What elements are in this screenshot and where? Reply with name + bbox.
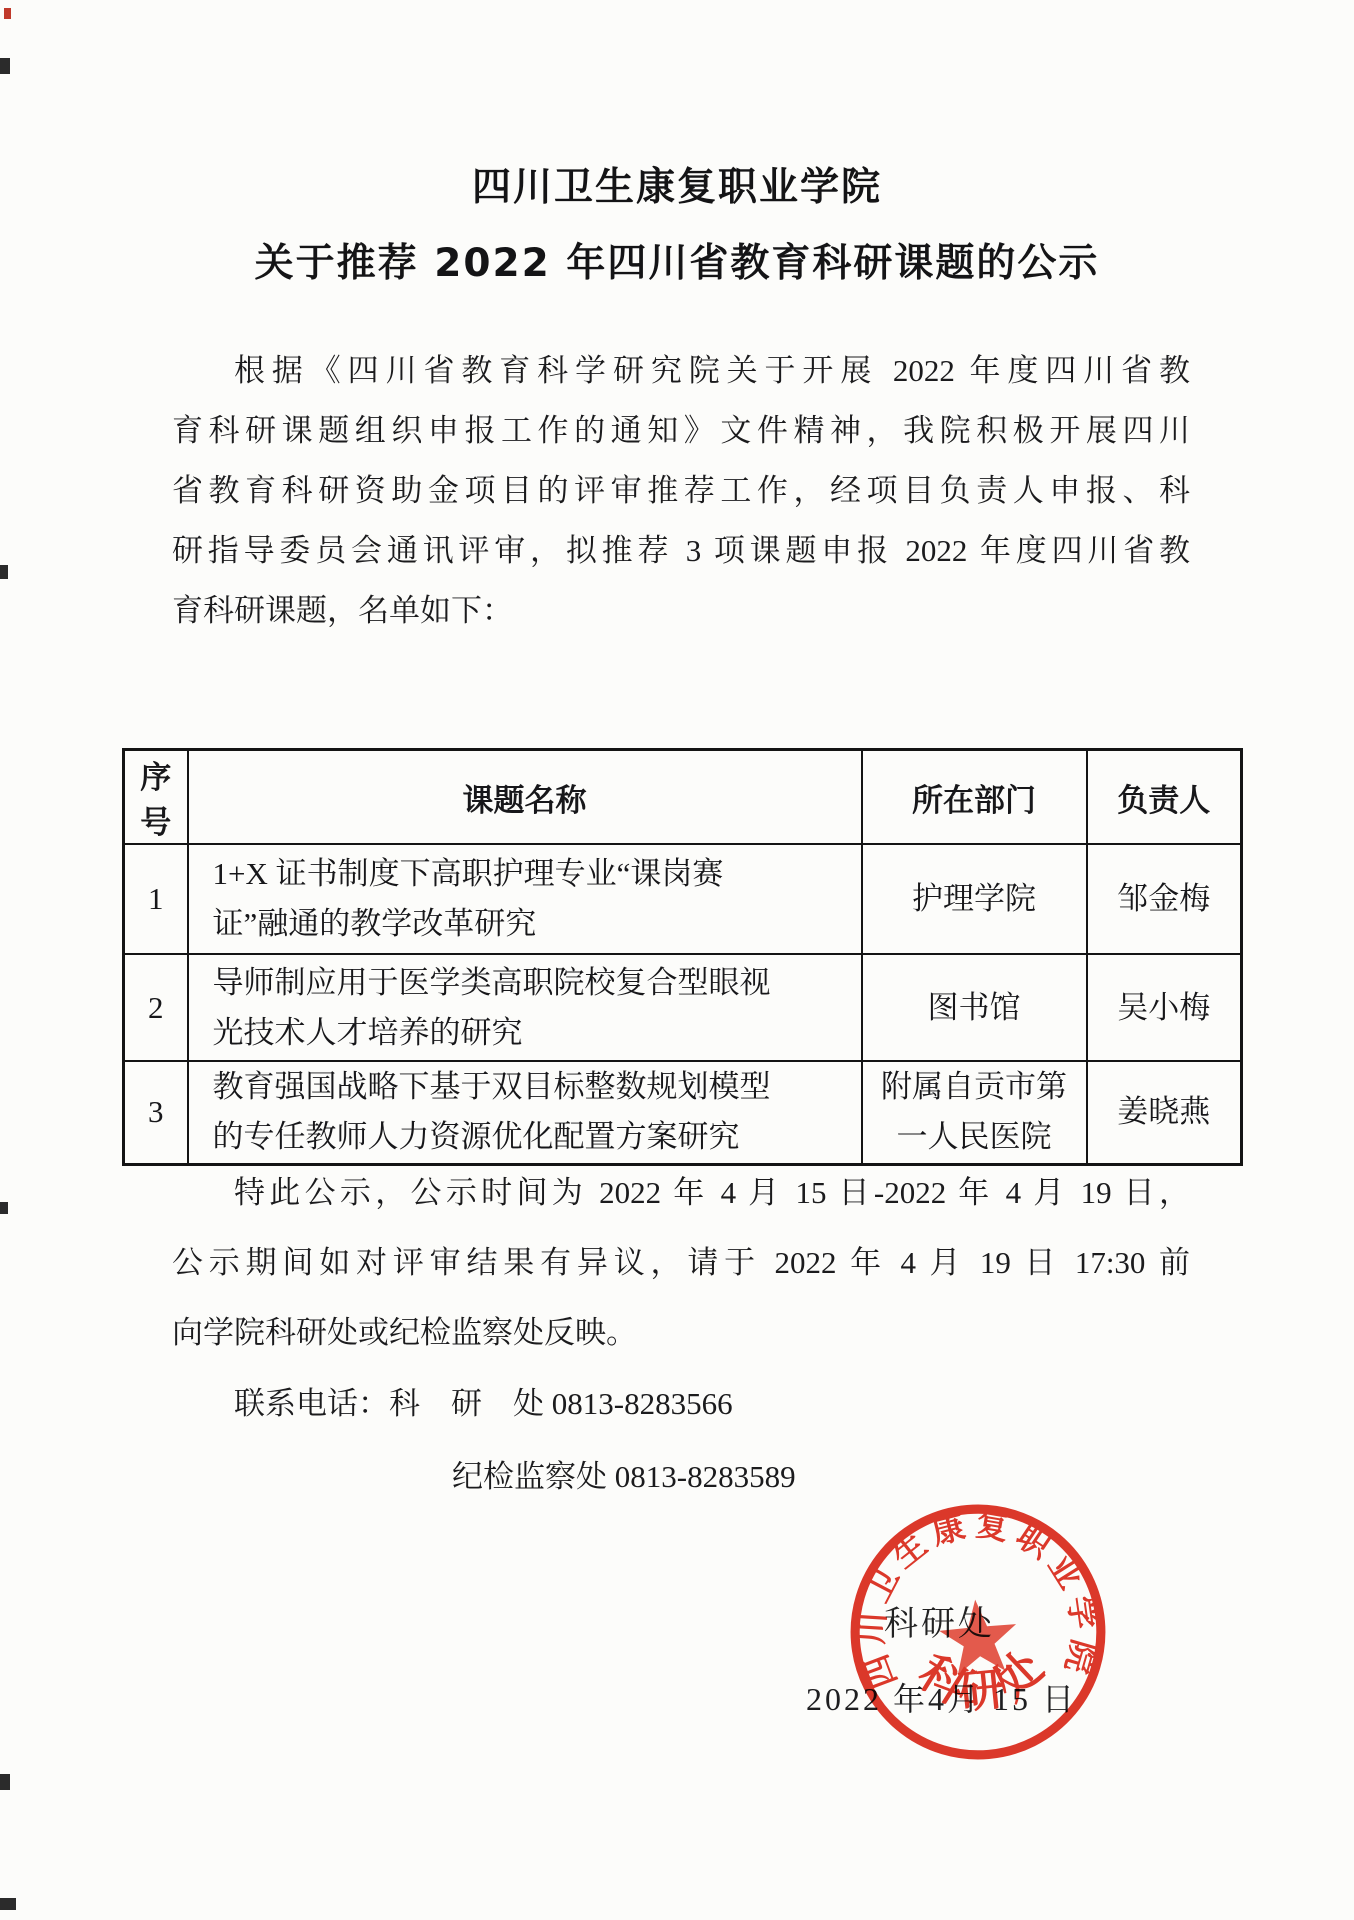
intro-paragraph: 根据《四川省教育科学研究院关于开展 2022 年度四川省教 育科研课题组织申报工…	[172, 341, 1190, 641]
table-header-topic: 课题名称	[188, 750, 862, 845]
text-line: 育科研课题，名单如下：	[172, 581, 1190, 641]
text-line: 研指导委员会通讯评审，拟推荐 3 项课题申报 2022 年度四川省教	[172, 521, 1190, 581]
text-line: 公示期间如对评审结果有异议，请于 2022 年 4 月 19 日 17:30 前	[172, 1228, 1190, 1298]
text-line: 根据《四川省教育科学研究院关于开展 2022 年度四川省教	[172, 341, 1190, 401]
department-cell: 图书馆	[862, 954, 1087, 1061]
text-line: 特此公示，公示时间为 2022 年 4 月 15 日-2022 年 4 月 19…	[172, 1158, 1190, 1228]
row-number-cell: 1	[124, 844, 188, 954]
topic-title-cell: 导师制应用于医学类高职院校复合型眼视光技术人才培养的研究	[188, 954, 862, 1061]
scan-artifact	[0, 58, 10, 74]
page-title-subject: 关于推荐 2022 年四川省教育科研课题的公示	[0, 232, 1354, 288]
official-seal: 四川卫生康复职业学院 科研处	[835, 1489, 1121, 1775]
table-row: 1 1+X 证书制度下高职护理专业“课岗赛证”融通的教学改革研究 护理学院 邹金…	[124, 844, 1242, 954]
table-row: 2 导师制应用于医学类高职院校复合型眼视光技术人才培养的研究 图书馆 吴小梅	[124, 954, 1242, 1061]
contact-line-discipline-office: 纪检监察处 0813-8283589	[452, 1442, 796, 1512]
leader-cell: 邹金梅	[1087, 844, 1242, 954]
topic-title-cell: 教育强国战略下基于双目标整数规划模型的专任教师人力资源优化配置方案研究	[188, 1061, 862, 1164]
leader-cell: 姜晓燕	[1087, 1061, 1242, 1164]
row-number-cell: 3	[124, 1061, 188, 1164]
leader-cell: 吴小梅	[1087, 954, 1242, 1061]
text-line: 育科研课题组织申报工作的通知》文件精神，我院积极开展四川	[172, 401, 1190, 461]
department-cell: 护理学院	[862, 844, 1087, 954]
announcement-table: 序号 课题名称 所在部门 负责人 1 1+X 证书制度下高职护理专业“课岗赛证”…	[122, 748, 1243, 1166]
text-line: 向学院科研处或纪检监察处反映。	[172, 1298, 1190, 1368]
scan-artifact	[0, 1898, 16, 1910]
page-title-institution: 四川卫生康复职业学院	[0, 156, 1354, 212]
scan-artifact	[4, 8, 11, 19]
scanned-announcement-page: 四川卫生康复职业学院 关于推荐 2022 年四川省教育科研课题的公示 根据《四川…	[0, 0, 1354, 1920]
topic-title-cell: 1+X 证书制度下高职护理专业“课岗赛证”融通的教学改革研究	[188, 844, 862, 954]
notice-paragraph: 特此公示，公示时间为 2022 年 4 月 15 日-2022 年 4 月 19…	[172, 1158, 1190, 1368]
scan-artifact	[0, 565, 8, 579]
table-header-no: 序号	[124, 750, 188, 845]
table-header-leader: 负责人	[1087, 750, 1242, 845]
row-number-cell: 2	[124, 954, 188, 1061]
department-cell: 附属自贡市第一人民医院	[862, 1061, 1087, 1164]
scan-artifact	[0, 1774, 10, 1790]
contact-line-research-office: 联系电话：科 研 处 0813-8283566	[172, 1369, 733, 1439]
table-row: 3 教育强国战略下基于双目标整数规划模型的专任教师人力资源优化配置方案研究 附属…	[124, 1061, 1242, 1164]
table-header-department: 所在部门	[862, 750, 1087, 845]
scan-artifact	[0, 1202, 8, 1214]
text-line: 省教育科研资助金项目的评审推荐工作，经项目负责人申报、科	[172, 461, 1190, 521]
table-header-row: 序号 课题名称 所在部门 负责人	[124, 750, 1242, 845]
